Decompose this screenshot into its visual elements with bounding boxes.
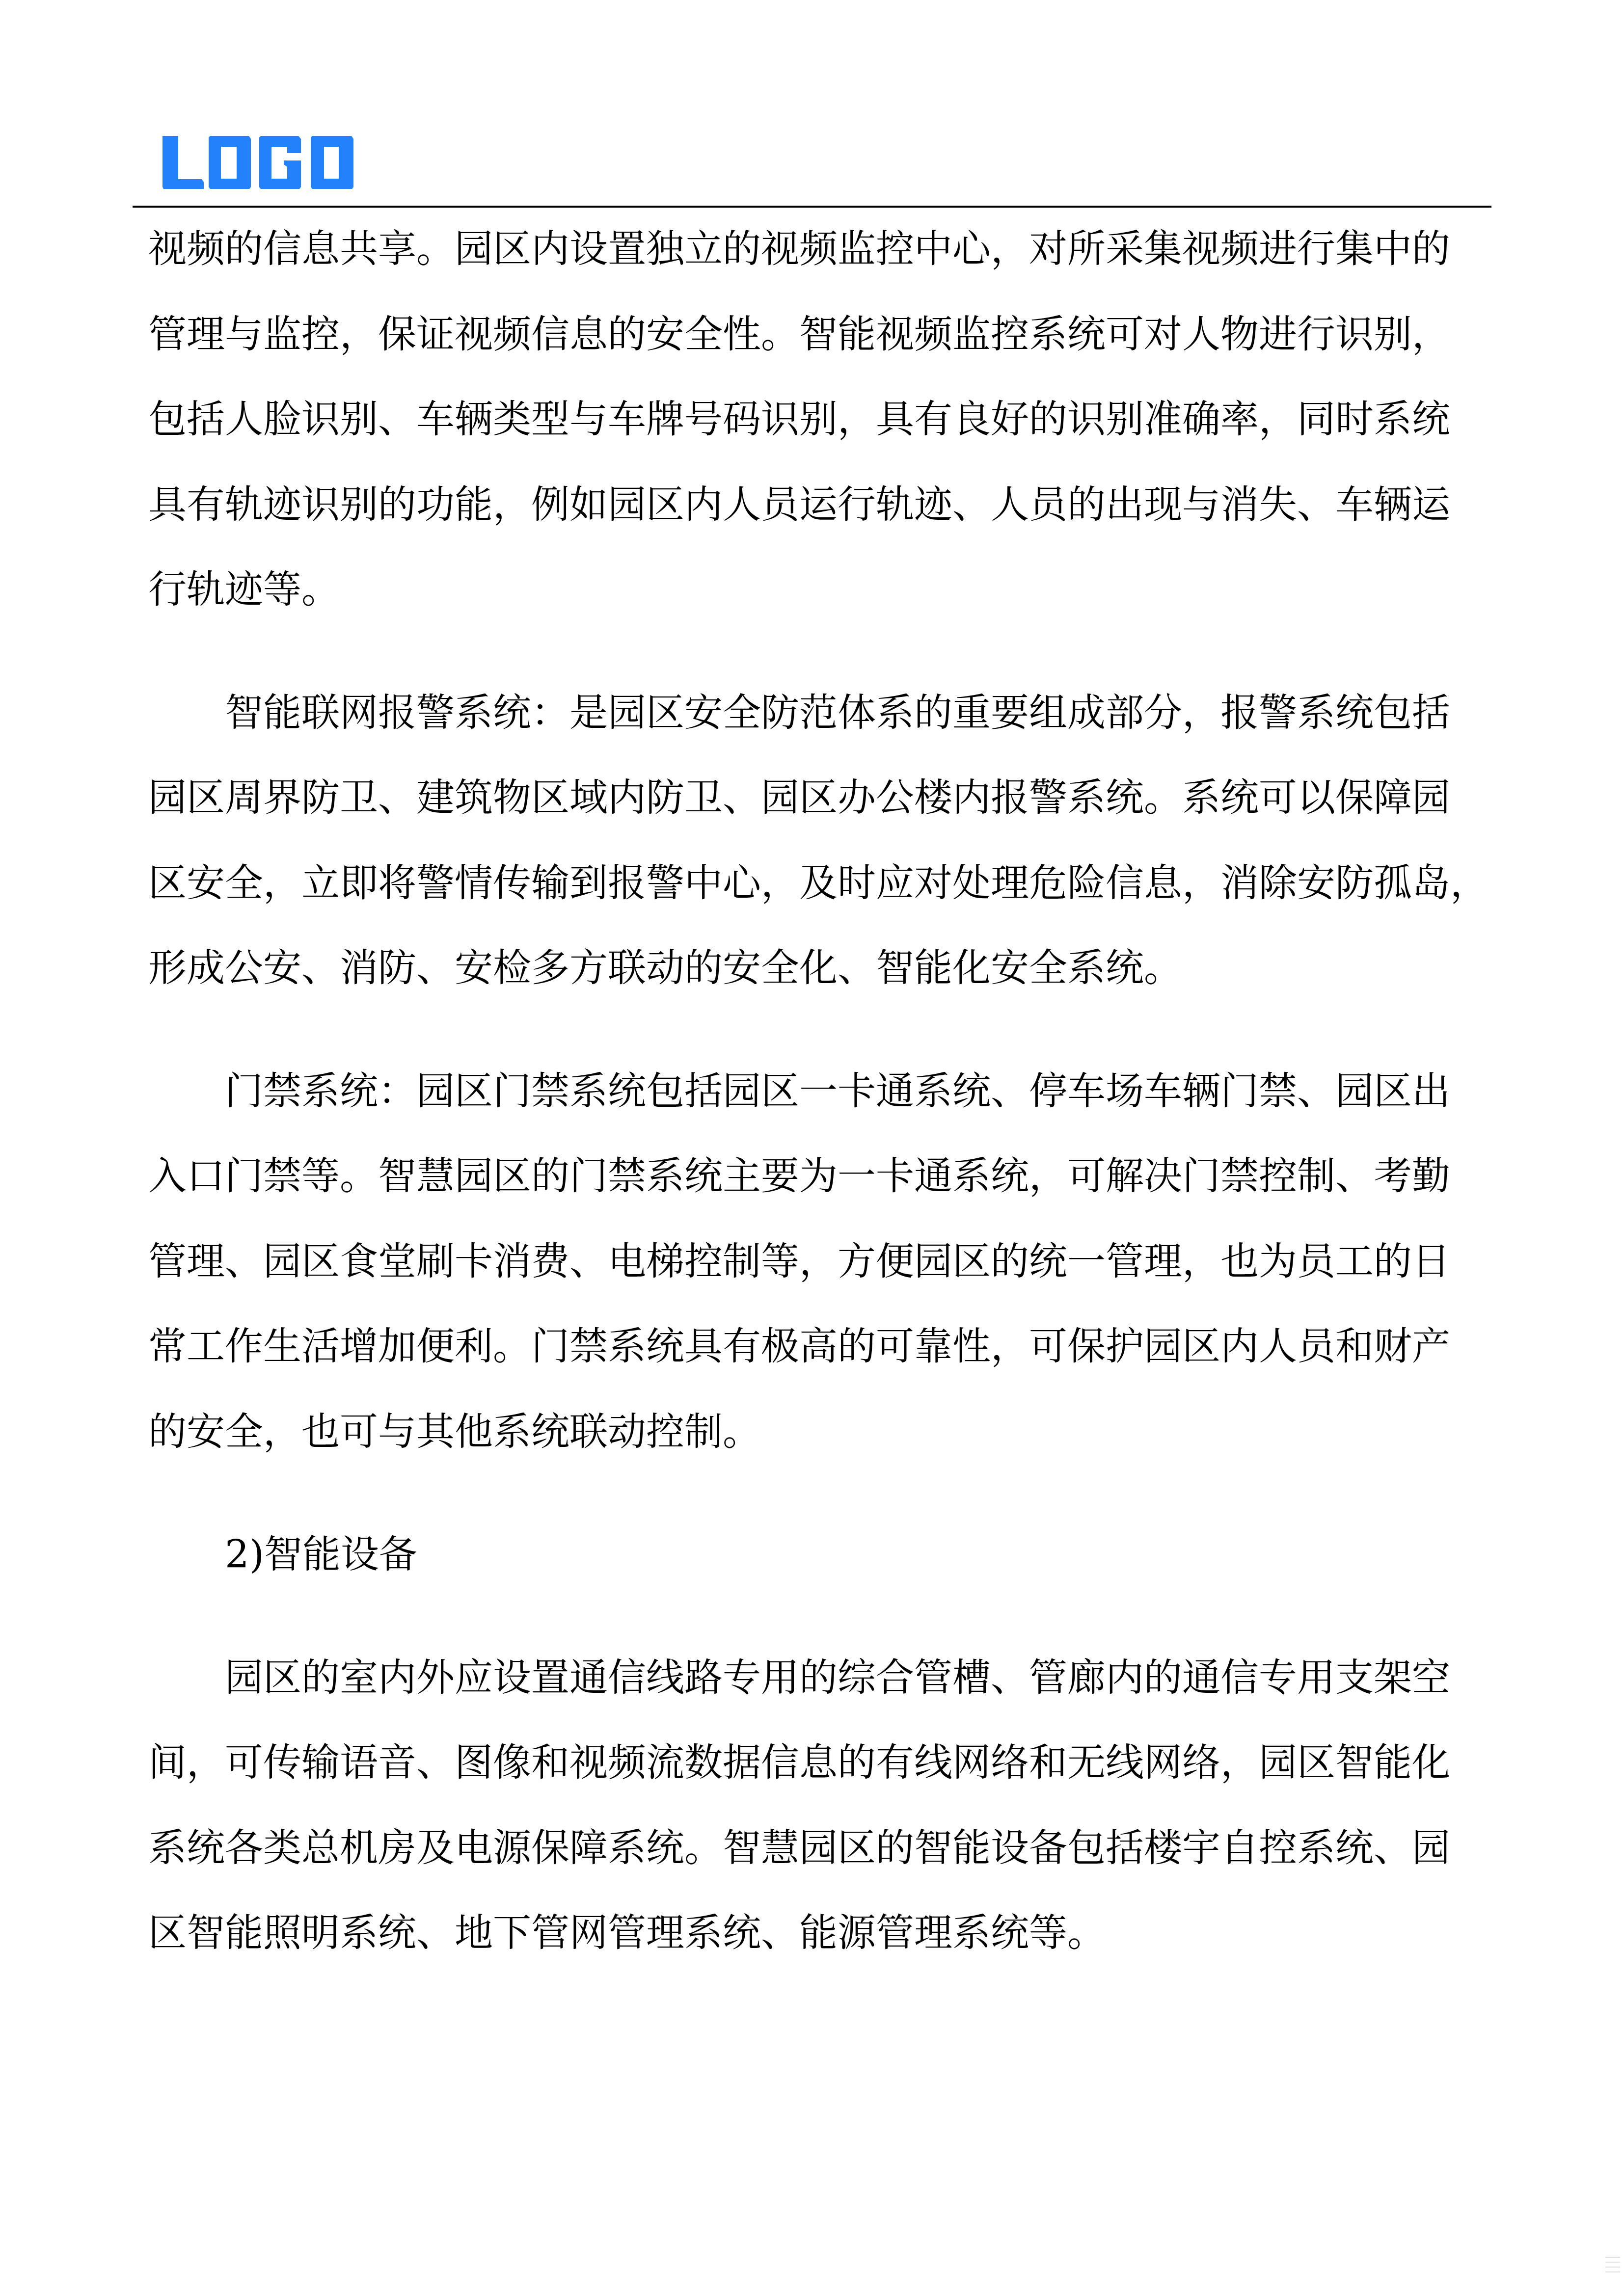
logo-glyphs [162,136,353,189]
text-line: 的安全，也可与其他系统联动控制。 [148,1390,1450,1475]
document-body: 视频的信息共享。园区内设置独立的视频监控中心，对所采集视频进行集中的管理与监控，… [148,207,1450,2014]
text-line: 系统各类总机房及电源保障系统。智慧园区的智能设备包括楼宇自控系统、园 [148,1806,1450,1892]
text-line: 管理与监控，保证视频信息的安全性。智能视频监控系统可对人物进行识别， [148,293,1450,378]
text-line: 行轨迹等。 [148,548,1450,633]
text-line: 区安全，立即将警情传输到报警中心，及时应对处理危险信息，消除安防孤岛， [148,841,1450,927]
text-line: 形成公安、消防、安检多方联动的安全化、智能化安全系统。 [148,926,1450,1012]
paragraph: 视频的信息共享。园区内设置独立的视频监控中心，对所采集视频进行集中的管理与监控，… [148,207,1450,633]
section-heading: 2)智能设备 [148,1513,1450,1598]
text-line: 管理、园区食堂刷卡消费、电梯控制等，方便园区的统一管理，也为员工的日 [148,1220,1450,1305]
text-line: 入口门禁等。智慧园区的门禁系统主要为一卡通系统，可解决门禁控制、考勤 [148,1134,1450,1220]
text-line: 园区的室内外应设置通信线路专用的综合管槽、管廊内的通信专用支架空 [148,1636,1450,1721]
text-line: 园区周界防卫、建筑物区域内防卫、园区办公楼内报警系统。系统可以保障园 [148,756,1450,841]
text-line: 智能联网报警系统：是园区安全防范体系的重要组成部分，报警系统包括 [148,671,1450,756]
text-line: 间，可传输语音、图像和视频流数据信息的有线网络和无线网络，园区智能化 [148,1721,1450,1806]
paragraph: 园区的室内外应设置通信线路专用的综合管槽、管廊内的通信专用支架空间，可传输语音、… [148,1636,1450,1976]
text-line: 具有轨迹识别的功能，例如园区内人员运行轨迹、人员的出现与消失、车辆运 [148,463,1450,548]
text-line: 2)智能设备 [148,1513,1450,1598]
text-line: 区智能照明系统、地下管网管理系统、能源管理系统等。 [148,1891,1450,1976]
paragraph: 智能联网报警系统：是园区安全防范体系的重要组成部分，报警系统包括园区周界防卫、建… [148,671,1450,1012]
text-line: 视频的信息共享。园区内设置独立的视频监控中心，对所采集视频进行集中的 [148,207,1450,293]
text-line: 包括人脸识别、车辆类型与车牌号码识别，具有良好的识别准确率，同时系统 [148,377,1450,463]
page-corner-mark [1605,2253,1620,2277]
text-line: 常工作生活增加便利。门禁系统具有极高的可靠性，可保护园区内人员和财产 [148,1305,1450,1390]
text-line: 门禁系统：园区门禁系统包括园区一卡通系统、停车场车辆门禁、园区出 [148,1049,1450,1135]
paragraph: 门禁系统：园区门禁系统包括园区一卡通系统、停车场车辆门禁、园区出入口门禁等。智慧… [148,1049,1450,1475]
logo [162,136,354,189]
